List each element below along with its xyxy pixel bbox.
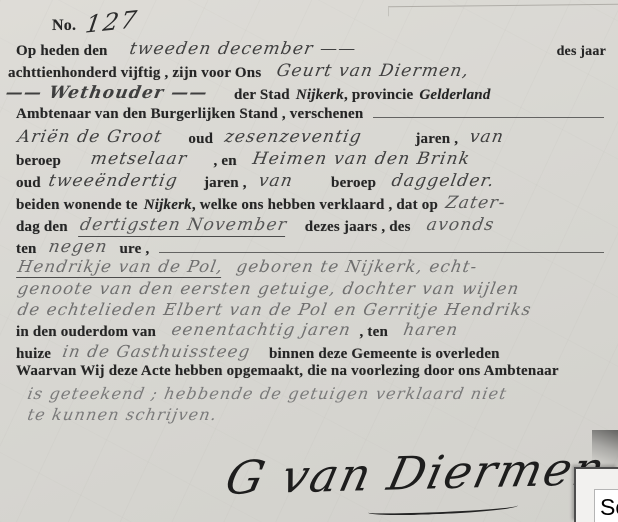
printed-text: Op heden den <box>16 43 108 60</box>
document-line: Hendrikje van de Pol, geboren te Nijkerk… <box>16 258 610 279</box>
printed-text: Nijkerk <box>144 197 192 214</box>
printed-text: Gelderland <box>419 87 490 104</box>
handwritten-text: dertigsten November <box>78 215 289 237</box>
handwritten-text: is geteekend ; hebbende de getuigen verk… <box>26 384 509 403</box>
handwritten-text: Zater- <box>444 193 507 213</box>
handwritten-text: de echtelieden Elbert van de Pol en Gerr… <box>16 300 533 319</box>
handwritten-text: Ariën de Groot <box>16 127 164 147</box>
handwritten-text: avonds <box>425 215 496 235</box>
handwritten-text: tweeden december —— <box>128 39 358 59</box>
search-button[interactable]: Se <box>594 489 618 522</box>
printed-text: beiden wonende te <box>16 197 138 214</box>
handwritten-text: negen <box>47 237 109 257</box>
printed-text: , provincie <box>344 87 413 104</box>
document-line: Op heden den tweeden december —— des jaa… <box>16 40 610 60</box>
document-line: de echtelieden Elbert van de Pol en Gerr… <box>16 301 610 320</box>
document-line: ten negen ure , <box>16 238 610 258</box>
printed-text: ten <box>16 241 37 258</box>
handwritten-text: Hendrikje van de Pol, <box>16 257 225 278</box>
printed-text: achttienhonderd vijftig , zijn voor Ons <box>8 65 261 82</box>
document-line: dag den dertigsten November dezes jaars … <box>16 216 610 238</box>
blank-rule <box>159 252 604 253</box>
handwritten-text: daggelder. <box>390 171 496 191</box>
document-number: No. 127 <box>52 8 618 36</box>
document-number-value: 127 <box>84 5 141 38</box>
handwritten-text: zesenzeventig <box>223 127 364 147</box>
document-line: huize in de Gasthuissteeg binnen deze Ge… <box>16 343 610 363</box>
handwritten-text: haren <box>402 320 460 339</box>
handwritten-text: tweeëndertig <box>47 171 180 191</box>
printed-text: , welke ons hebben verklaard , dat op <box>192 197 438 214</box>
document-line: genoote van den eersten getuige, dochter… <box>16 280 610 299</box>
handwritten-text: —— Wethouder —— <box>4 83 209 103</box>
printed-text: dag den <box>16 219 68 236</box>
handwritten-text: metselaar <box>89 149 189 169</box>
document-line: —— Wethouder —— der Stad Nijkerk , provi… <box>4 84 598 104</box>
handwritten-text: van <box>468 127 506 147</box>
printed-text: binnen deze Gemeente is overleden <box>269 346 500 363</box>
document-line: Ambtenaar van den Burgerlijken Stand , v… <box>16 106 610 123</box>
printed-text: huize <box>16 346 51 363</box>
document-line: te kunnen schrijven. <box>26 406 618 425</box>
document-line: beroep metselaar , en Heimen van den Bri… <box>16 150 610 170</box>
handwritten-text: in de Gasthuissteeg <box>61 342 252 361</box>
document-number-label: No. <box>52 17 76 35</box>
printed-text: oud <box>188 131 213 148</box>
printed-text: , ten <box>360 324 389 341</box>
printed-text: jaren , <box>204 175 247 192</box>
handwritten-text: Geurt van Diermen, <box>275 61 471 81</box>
printed-text: oud <box>16 175 41 192</box>
printed-text: ure , <box>120 241 150 258</box>
printed-text: dezes jaars , des <box>305 219 411 236</box>
scan-edge-shadow <box>592 430 618 470</box>
printed-text: beroep <box>16 153 61 170</box>
signature: G van Diermen <box>221 441 612 505</box>
document-line: achttienhonderd vijftig , zijn voor Ons … <box>8 62 602 82</box>
printed-text: jaren , <box>415 131 458 148</box>
document-line: is geteekend ; hebbende de getuigen verk… <box>26 385 618 404</box>
handwritten-text: eenentachtig jaren <box>170 320 353 339</box>
printed-text: der Stad <box>234 87 290 104</box>
document-scan: No. 127 Op heden den tweeden december ——… <box>0 0 618 522</box>
document-line: Waarvan Wij deze Acte hebben opgemaakt, … <box>16 363 610 380</box>
printed-text: Nijkerk <box>296 87 344 104</box>
document-line: beiden wonende te Nijkerk , welke ons he… <box>16 194 610 214</box>
blank-rule <box>373 117 604 118</box>
printed-text: Waarvan Wij deze Acte hebben opgemaakt, … <box>16 363 559 380</box>
document-line: Ariën de Groot oud zesenzeventig jaren ,… <box>16 128 610 148</box>
signature-flourish <box>368 501 518 516</box>
handwritten-text: Heimen van den Brink <box>251 149 472 169</box>
handwritten-text: te kunnen schrijven. <box>26 405 219 424</box>
printed-text: Ambtenaar van den Burgerlijken Stand , v… <box>16 106 363 123</box>
printed-text: , en <box>214 153 237 170</box>
handwritten-text: genoote van den eersten getuige, dochter… <box>16 279 521 298</box>
printed-text: des jaar <box>557 44 606 60</box>
printed-text: beroep <box>331 175 376 192</box>
handwritten-text: geboren te Nijkerk, echt- <box>235 257 479 276</box>
printed-text: in den ouderdom van <box>16 324 156 341</box>
document-line: in den ouderdom van eenentachtig jaren ,… <box>16 321 610 341</box>
overlay-panel: Se <box>574 467 618 522</box>
handwritten-text: van <box>257 171 295 191</box>
document-line: oud tweeëndertig jaren , van beroep dagg… <box>16 172 610 192</box>
